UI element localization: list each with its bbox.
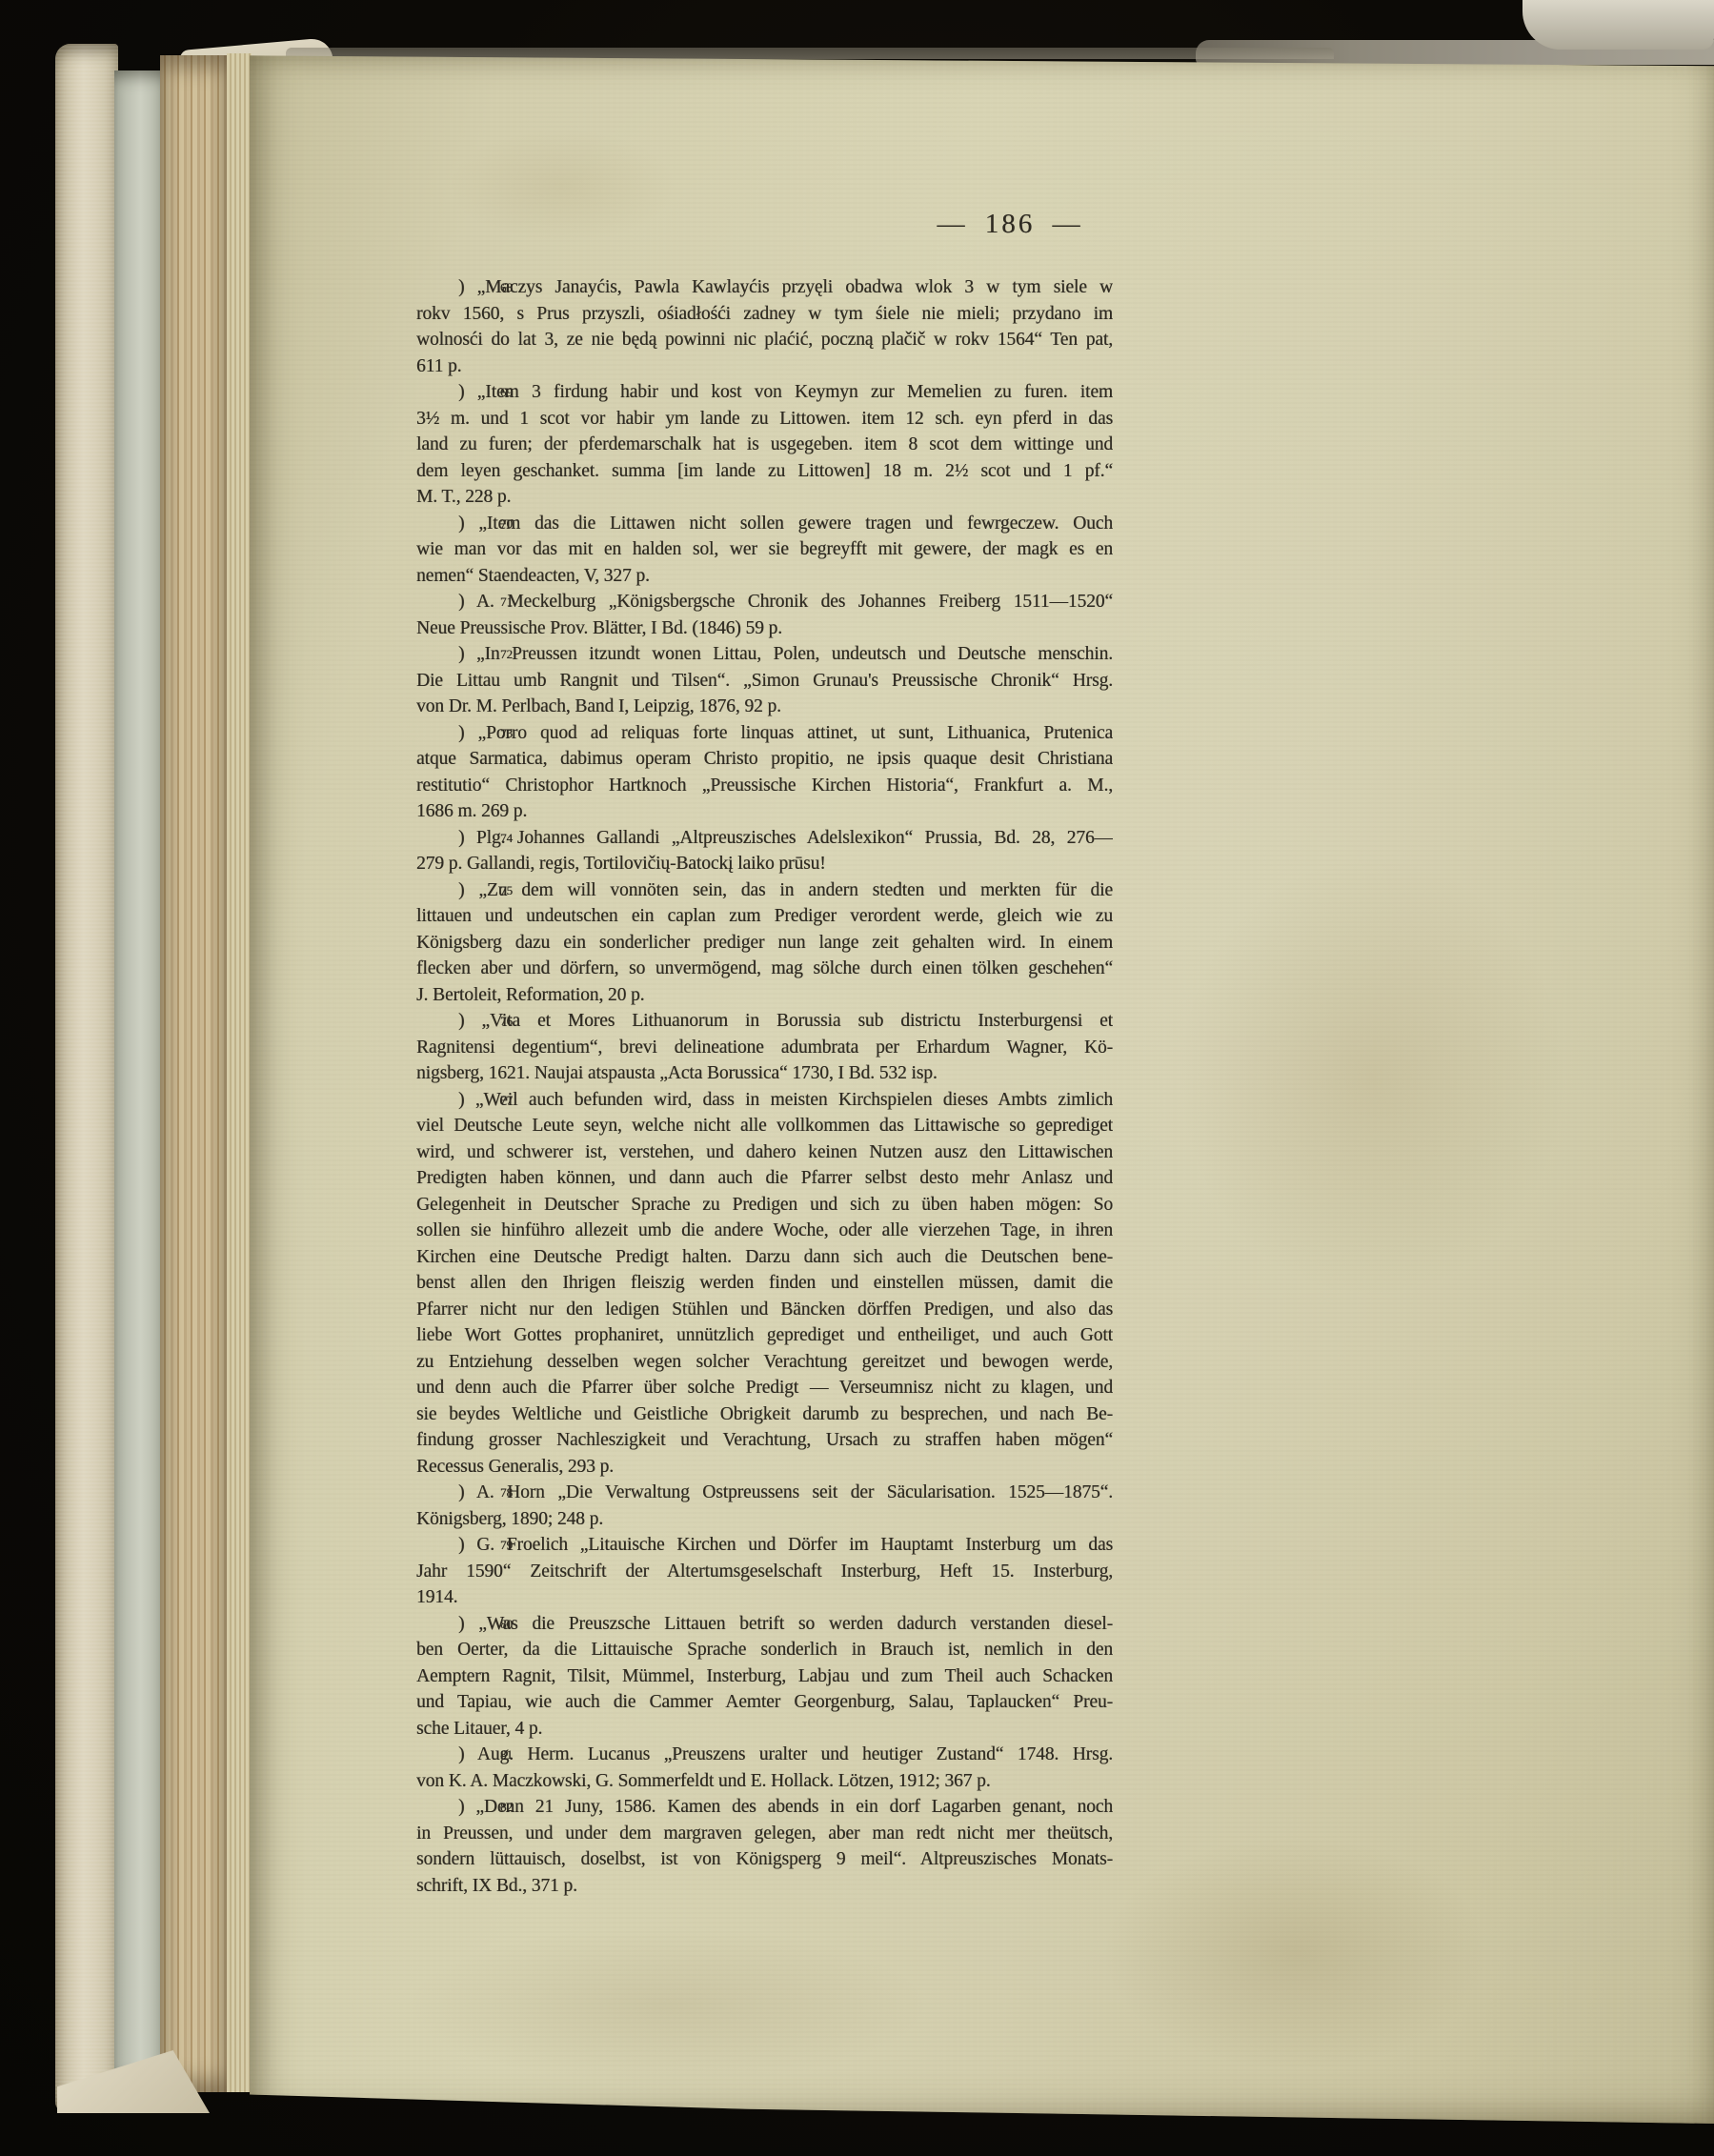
footnote-73-line: atque Sarmatica, dabimus operam Christo … xyxy=(416,746,1113,773)
footnote-77-line: sie beydes Weltliche und Geistliche Obri… xyxy=(416,1401,1113,1428)
footnote-79-line: 79) G. Froelich „Litauische Kirchen und … xyxy=(416,1532,1113,1559)
footnote-72-line: 72) „In Preussen itzundt wonen Littau, P… xyxy=(416,641,1113,668)
footnote-77-line: zu Entziehung desselben wegen solcher Ve… xyxy=(416,1349,1113,1376)
footnote-77-line: Kirchen eine Deutsche Predigt halten. Da… xyxy=(416,1244,1113,1271)
footnote-75-line: flecken aber und dörfern, so unvermögend… xyxy=(416,956,1113,982)
footnote-77-line: wird, und schwerer ist, verstehen, und d… xyxy=(416,1139,1113,1166)
page-stack-edge xyxy=(160,55,229,2092)
footnote-80-line: ben Oerter, da die Littauische Sprache s… xyxy=(416,1637,1113,1663)
footnote-72-line: Die Littau umb Rangnit und Tilsen“. „Sim… xyxy=(416,668,1113,695)
footnote-68-line: wolnosći do lat 3, ze nie będą powinni n… xyxy=(416,327,1113,353)
footnote-68-line: 611 p. xyxy=(416,353,1113,380)
footnote-69-line: land zu furen; der pferdemarschalk hat i… xyxy=(416,432,1113,458)
footnote-marker: 77 xyxy=(458,1087,513,1114)
footnote-77-line: 77) „Weil auch befunden wird, dass in me… xyxy=(416,1087,1113,1114)
footnote-marker: 80 xyxy=(458,1611,513,1638)
flyleaf-edge xyxy=(114,71,162,2085)
footnote-marker: 78 xyxy=(458,1480,513,1506)
footnote-82-line: 82) „Denn 21 Juny, 1586. Kamen des abend… xyxy=(416,1794,1113,1821)
footnote-80-line: Aemptern Ragnit, Tilsit, Mümmel, Insterb… xyxy=(416,1663,1113,1690)
footnote-marker: 81 xyxy=(458,1742,513,1768)
footnote-77-line: Gelegenheit in Deutscher Sprache zu Pred… xyxy=(416,1192,1113,1219)
footnote-73-line: restitutio“ Christophor Hartknoch „Preus… xyxy=(416,773,1113,799)
footnotes-block: 68) „Maczys Janayćis, Pawla Kawlayćis pr… xyxy=(416,274,1113,1899)
footnote-77-line: liebe Wort Gottes prophaniret, unnützlic… xyxy=(416,1322,1113,1349)
book-cover-edge xyxy=(55,44,118,2113)
footnote-marker: 73 xyxy=(458,720,513,747)
footnote-marker: 69 xyxy=(458,379,513,406)
footnote-77-line: benst allen den Ihrigen fleiszig werden … xyxy=(416,1270,1113,1297)
footnote-68-line: 68) „Maczys Janayćis, Pawla Kawlayćis pr… xyxy=(416,274,1113,301)
footnote-73-line: 73) „Porro quod ad reliquas forte linqua… xyxy=(416,720,1113,747)
footnote-76-line: Ragnitensi degentium“, brevi delineation… xyxy=(416,1035,1113,1061)
footnote-77-line: viel Deutsche Leute seyn, welche nicht a… xyxy=(416,1113,1113,1139)
footnote-80-line: sche Litauer, 4 p. xyxy=(416,1716,1113,1743)
footnote-78-line: 78) A. Horn „Die Verwaltung Ostpreussens… xyxy=(416,1480,1113,1506)
footnote-77-line: Recessus Generalis, 293 p. xyxy=(416,1454,1113,1481)
footnote-75-line: littauen und undeutschen ein caplan zum … xyxy=(416,903,1113,930)
footnote-82-line: schrift, IX Bd., 371 p. xyxy=(416,1873,1113,1900)
footnote-marker: 70 xyxy=(458,511,513,537)
footnote-78-line: Königsberg, 1890; 248 p. xyxy=(416,1506,1113,1533)
footnote-marker: 72 xyxy=(458,641,513,668)
footnote-75-line: Königsberg dazu ein sonderlicher predige… xyxy=(416,930,1113,957)
footnote-69-line: 69) „Item 3 firdung habir und kost von K… xyxy=(416,379,1113,406)
footnote-69-line: 3½ m. und 1 scot vor habir ym lande zu L… xyxy=(416,406,1113,433)
footnote-75-line: J. Bertoleit, Reformation, 20 p. xyxy=(416,982,1113,1009)
footnote-71-line: Neue Preussische Prov. Blätter, I Bd. (1… xyxy=(416,615,1113,642)
book-scan: — 186 — 68) „Maczys Janayćis, Pawla Kawl… xyxy=(0,0,1714,2156)
page-header-number: — 186 — xyxy=(886,209,1134,240)
footnote-71-line: 71) A. Meckelburg „Königsbergsche Chroni… xyxy=(416,589,1113,615)
footnote-77-line: Predigten haben können, und dann auch di… xyxy=(416,1165,1113,1192)
footnote-marker: 74 xyxy=(458,825,513,852)
footnote-70-line: wie man vor das mit en halden sol, wer s… xyxy=(416,536,1113,563)
footnote-81-line: von K. A. Maczkowski, G. Sommerfeldt und… xyxy=(416,1768,1113,1795)
footnote-81-line: 81) Aug. Herm. Lucanus „Preuszens uralte… xyxy=(416,1742,1113,1768)
footnote-marker: 71 xyxy=(458,589,513,615)
footnote-82-line: in Preussen, und under dem margraven gel… xyxy=(416,1821,1113,1847)
footnote-80-line: 80) „Was die Preuszsche Littauen betrift… xyxy=(416,1611,1113,1638)
footnote-69-line: M. T., 228 p. xyxy=(416,484,1113,511)
footnote-79-line: 1914. xyxy=(416,1584,1113,1611)
footnote-77-line: findung grosser Nachleszigkeit und Verac… xyxy=(416,1427,1113,1454)
footnote-80-line: und Tapiau, wie auch die Cammer Aemter G… xyxy=(416,1689,1113,1716)
top-right-cloth xyxy=(1522,0,1714,50)
footnote-76-line: 76) „Vita et Mores Lithuanorum in Boruss… xyxy=(416,1008,1113,1035)
footnote-79-line: Jahr 1590“ Zeitschrift der Altertumsgese… xyxy=(416,1559,1113,1585)
footnote-marker: 76 xyxy=(458,1008,513,1035)
footnote-marker: 79 xyxy=(458,1532,513,1559)
footnote-75-line: 75) „Zu dem will vonnöten sein, das in a… xyxy=(416,877,1113,904)
footnote-77-line: sollen sie hinführo allezeit umb die and… xyxy=(416,1218,1113,1244)
footnote-77-line: und denn auch die Pfarrer über solche Pr… xyxy=(416,1375,1113,1401)
page-edge-strip xyxy=(227,53,252,2092)
footnote-marker: 82 xyxy=(458,1794,513,1821)
footnote-marker: 68 xyxy=(458,274,513,301)
footnote-74-line: 279 p. Gallandi, regis, Tortilovičių-Bat… xyxy=(416,851,1113,877)
footnote-73-line: 1686 m. 269 p. xyxy=(416,798,1113,825)
footnote-76-line: nigsberg, 1621. Naujai atspausta „Acta B… xyxy=(416,1060,1113,1087)
footnote-70-line: 70) „Item das die Littawen nicht sollen … xyxy=(416,511,1113,537)
footnote-68-line: rokv 1560, s Prus przyszli, ośiadłośći z… xyxy=(416,301,1113,328)
footnote-74-line: 74) Plg. Johannes Gallandi „Altpreuszisc… xyxy=(416,825,1113,852)
footnote-marker: 75 xyxy=(458,877,513,904)
footnote-82-line: sondern lüttauisch, doselbst, ist von Kö… xyxy=(416,1846,1113,1873)
footnote-72-line: von Dr. M. Perlbach, Band I, Leipzig, 18… xyxy=(416,694,1113,720)
footnote-69-line: dem leyen geschanket. summa [im lande zu… xyxy=(416,458,1113,485)
footnote-70-line: nemen“ Staendeacten, V, 327 p. xyxy=(416,563,1113,590)
footnote-77-line: Pfarrer nicht nur den ledigen Stühlen un… xyxy=(416,1297,1113,1323)
